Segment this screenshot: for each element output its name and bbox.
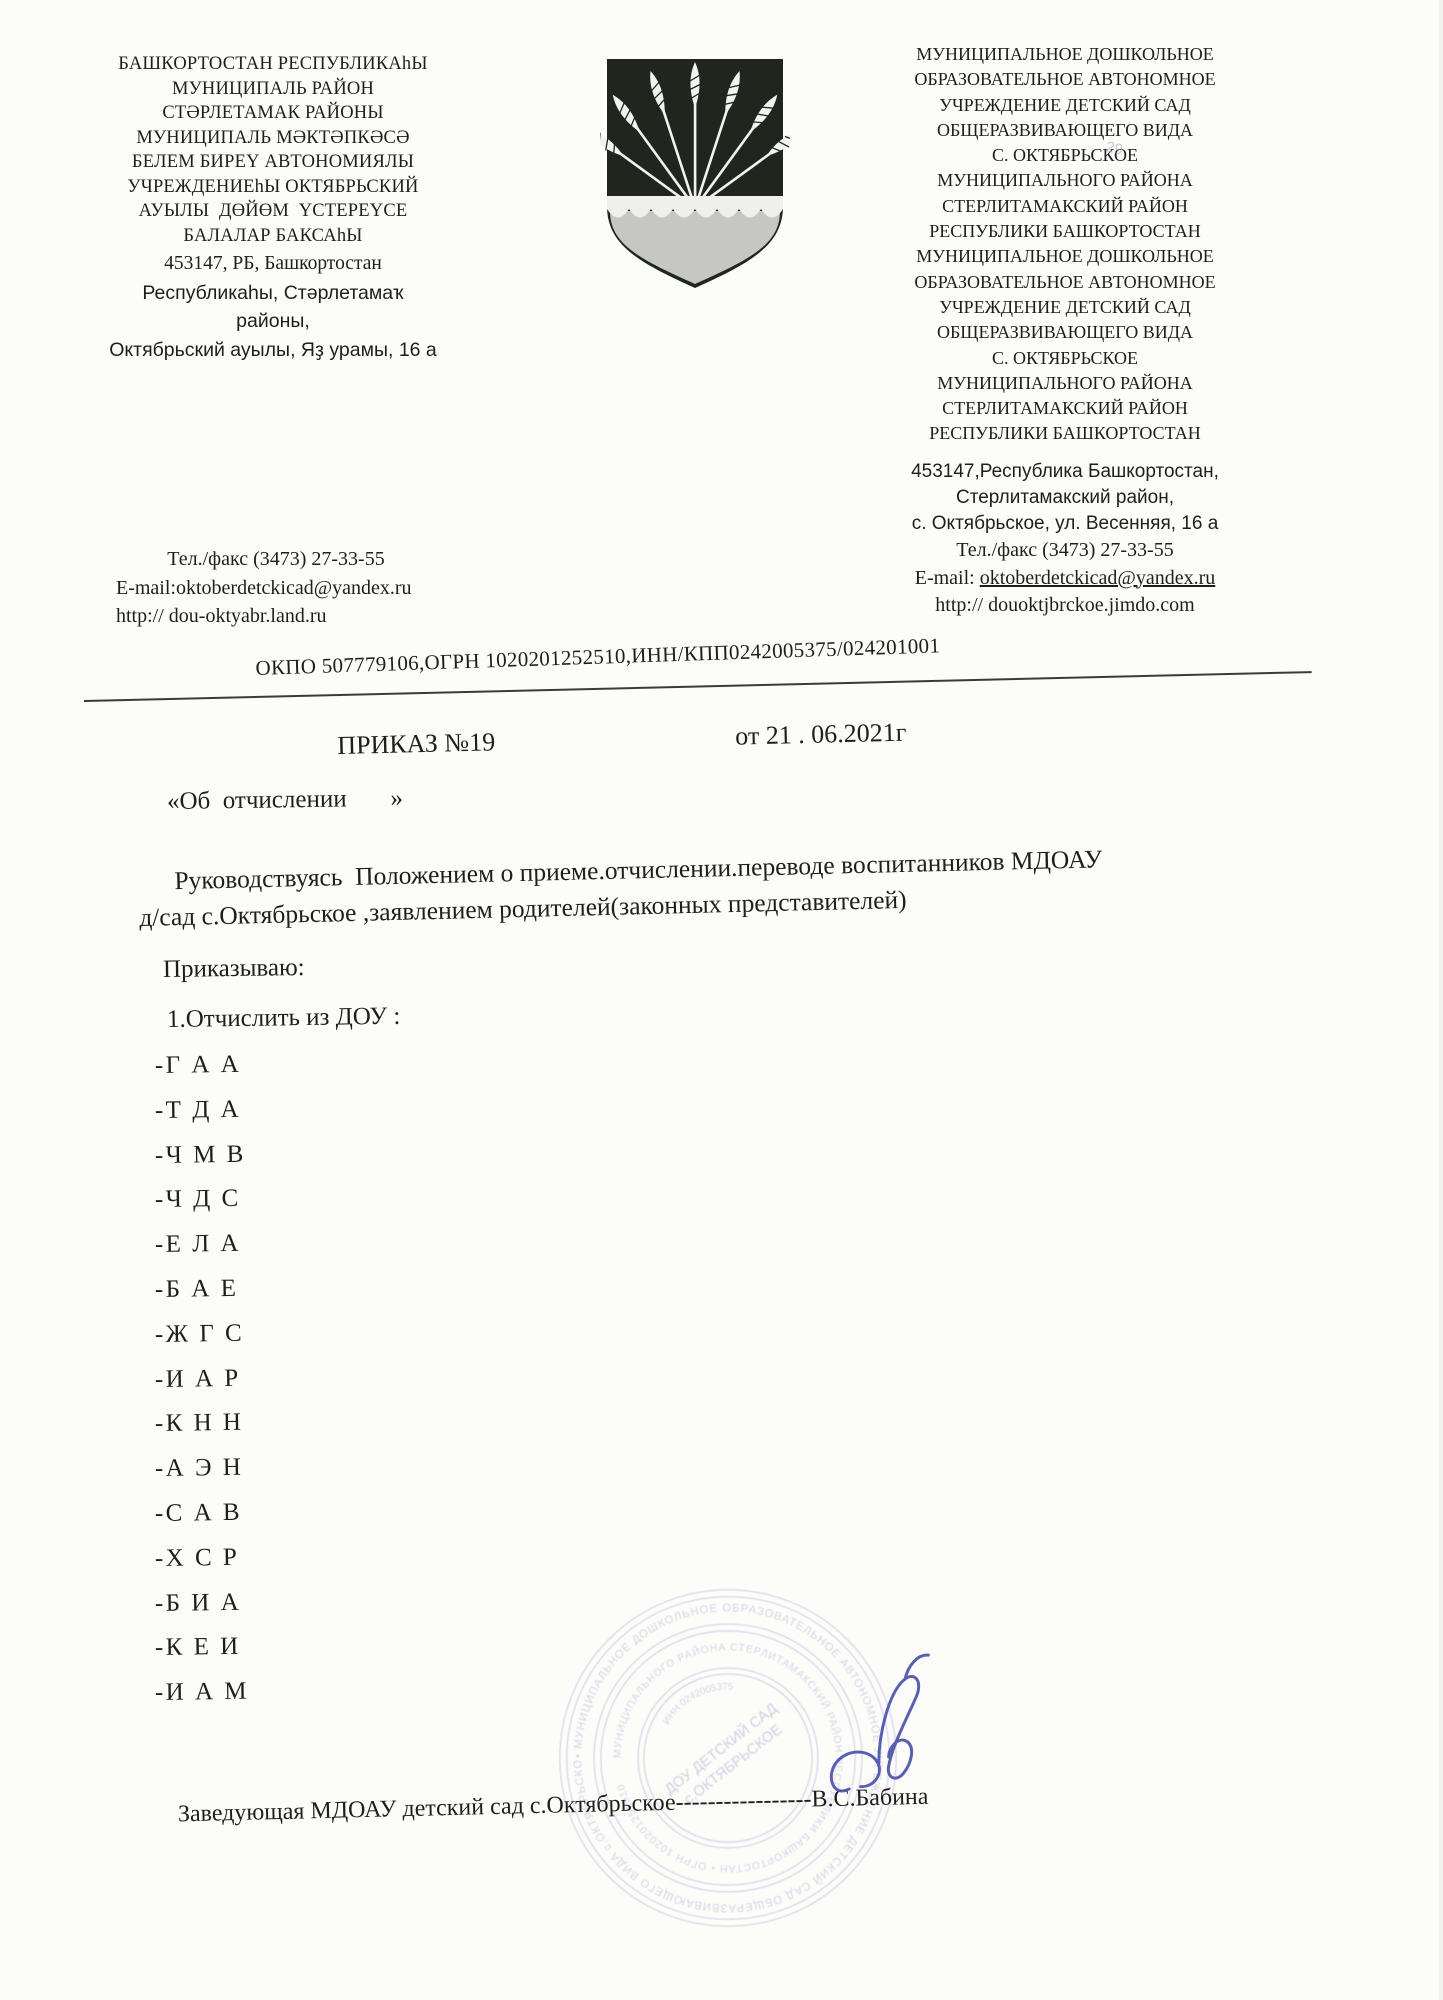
shield-base <box>610 211 780 284</box>
email-line: E-mail:oktoberdetckicad@yandex.ru <box>100 574 452 603</box>
letterhead-right-caps: МУНИЦИПАЛЬНОЕ ДОШКОЛЬНОЕ ОБРАЗОВАТЕЛЬНОЕ… <box>848 42 1282 447</box>
letterhead-line: БАЛАЛАР БАКСАһЫ <box>104 224 442 249</box>
email-label: E-mail: <box>915 567 980 589</box>
letterhead-left-caps: БАШКОРТОСТАН РЕСПУБЛИКАһЫ МУНИЦИПАЛЬ РАЙ… <box>104 52 442 248</box>
letterhead-line: МУНИЦИПАЛЬ МӘКТӘПКӘСӘ <box>104 126 442 151</box>
expelled-child-item: -И А Р <box>155 1364 250 1410</box>
address-line: Республикаһы, Стәрлетамаҡ районы, <box>104 279 442 336</box>
signatory-title: Заведующая МДОАУ детский сад с.Октябрьск… <box>178 1790 676 1828</box>
letterhead-line: ОБРАЗОВАТЕЛЬНОЕ АВТОНОМНОЕ <box>848 67 1282 92</box>
expelled-child-item: -Г А А <box>155 1051 250 1097</box>
email-address: oktoberdetckicad@yandex.ru <box>980 567 1216 589</box>
expelled-child-item: -Ж Г С <box>155 1319 250 1365</box>
letterhead-line: БЕЛЕМ БИРЕҮ АВТОНОМИЯЛЫ <box>104 150 442 175</box>
expelled-child-item: -Т Д А <box>155 1095 250 1141</box>
expelled-child-item: -А Э Н <box>155 1454 250 1500</box>
order-title: ПРИКАЗ №19 <box>337 727 495 760</box>
address-line: 453147, РБ, Башкортостан <box>104 250 442 279</box>
expelled-child-item: -С А В <box>155 1499 250 1545</box>
expelled-child-item: -И А М <box>155 1678 250 1724</box>
requisites-line: ОКПО 507779106,ОГРН 1020201252510,ИНН/КП… <box>255 633 940 681</box>
letterhead-line: УЧРЕЖДЕНИЕ ДЕТСКИЙ САД <box>848 93 1282 118</box>
letterhead-line: МУНИЦИПАЛЬНОГО РАЙОНА <box>848 168 1282 193</box>
letterhead-line: АУЫЛЫ ДӨЙӨМ ҮСТЕРЕҮСЕ <box>104 199 442 224</box>
expelled-child-item: -К Н Н <box>155 1409 250 1455</box>
letterhead-line: РЕСПУБЛИКИ БАШКОРТОСТАН <box>848 219 1282 244</box>
order-heading: ПРИКАЗ №19 от 21 . 06.2021г <box>337 715 998 765</box>
letterhead-line: МУНИЦИПАЛЬ РАЙОН <box>104 77 442 102</box>
letterhead-line: ОБЩЕРАЗВИВАЮЩЕГО ВИДА <box>848 118 1282 143</box>
website-line: http:// dou-oktyabr.land.ru <box>100 602 452 631</box>
letterhead-line: СТӘРЛЕТАМАК РАЙОНЫ <box>104 101 442 126</box>
order-subject: «Об отчислении » <box>167 785 403 816</box>
scanned-order-document: БАШКОРТОСТАН РЕСПУБЛИКАһЫ МУНИЦИПАЛЬ РАЙ… <box>0 0 1443 2000</box>
signature-dashes: ----------------- <box>675 1786 811 1815</box>
letterhead-right-address: 453147,Республика Башкортостан, Стерлита… <box>848 459 1282 537</box>
letterhead-line: БАШКОРТОСТАН РЕСПУБЛИКАһЫ <box>104 52 442 77</box>
order-date: от 21 . 06.2021г <box>735 718 907 752</box>
letterhead-line: С. ОКТЯБРЬСКОЕ <box>848 346 1282 371</box>
letterhead-line: УЧРЕЖДЕНИЕһЫ ОКТЯБРЬСКИЙ <box>104 175 442 200</box>
letterhead-line: ОБЩЕРАЗВИВАЮЩЕГО ВИДА <box>848 320 1282 345</box>
expelled-child-item: -Б А Е <box>155 1275 250 1321</box>
order-preamble: Руководствуясь Положением о приеме.отчис… <box>138 838 1254 935</box>
expelled-child-item: -Х С Р <box>155 1543 250 1589</box>
letterhead-line: МУНИЦИПАЛЬНОГО РАЙОНА <box>848 371 1282 396</box>
expelled-children-list: -Г А А -Т Д А -Ч М В -Ч Д С -Е Л А -Б А … <box>155 1052 249 1724</box>
expelled-child-item: -Ч М В <box>155 1140 250 1186</box>
address-line: Стерлитамакский район, <box>848 485 1282 511</box>
decree-word: Приказываю: <box>163 954 305 984</box>
expelled-child-item: -Е Л А <box>155 1230 250 1276</box>
letterhead-left-contacts: Тел./факс (3473) 27-33-55 E-mail:oktober… <box>100 545 452 631</box>
letterhead-left-address: 453147, РБ, Башкортостан Республикаһы, С… <box>104 250 442 364</box>
signature-ink <box>809 1642 984 1808</box>
letterhead-line: СТЕРЛИТАМАКСКИЙ РАЙОН <box>848 396 1282 421</box>
email-line: E-mail: oktoberdetckicad@yandex.ru <box>848 565 1282 593</box>
address-line: Октябрьский ауылы, Яҙ урамы, 16 а <box>104 336 442 365</box>
letterhead-line: РЕСПУБЛИКИ БАШКОРТОСТАН <box>848 421 1282 446</box>
website-line: http:// douoktjbrckoe.jimdo.com <box>848 592 1282 620</box>
expelled-child-item: -Б И А <box>155 1588 250 1634</box>
letterhead-line: ОБРАЗОВАТЕЛЬНОЕ АВТОНОМНОЕ <box>848 270 1282 295</box>
letterhead-line: УЧРЕЖДЕНИЕ ДЕТСКИЙ САД <box>848 295 1282 320</box>
letterhead-line: СТЕРЛИТАМАКСКИЙ РАЙОН <box>848 194 1282 219</box>
phone-line: Тел./факс (3473) 27-33-55 <box>100 545 452 574</box>
address-line: 453147,Республика Башкортостан, <box>848 459 1282 485</box>
expelled-child-item: -Ч Д С <box>155 1185 250 1231</box>
expelled-child-item: -К Е И <box>155 1633 250 1679</box>
letterhead-right-contacts: Тел./факс (3473) 27-33-55 E-mail: oktobe… <box>848 537 1282 620</box>
order-item-1: 1.Отчислить из ДОУ : <box>167 1003 401 1034</box>
letterhead-line: МУНИЦИПАЛЬНОЕ ДОШКОЛЬНОЕ <box>848 42 1282 67</box>
coat-of-arms-emblem <box>600 56 790 294</box>
address-line: с. Октябрьское, ул. Весенняя, 16 а <box>848 511 1282 537</box>
letterhead-line: С. ОКТЯБРЬСКОЕ <box>848 143 1282 168</box>
letterhead-line: МУНИЦИПАЛЬНОЕ ДОШКОЛЬНОЕ <box>848 244 1282 269</box>
phone-line: Тел./факс (3473) 27-33-55 <box>848 537 1282 565</box>
